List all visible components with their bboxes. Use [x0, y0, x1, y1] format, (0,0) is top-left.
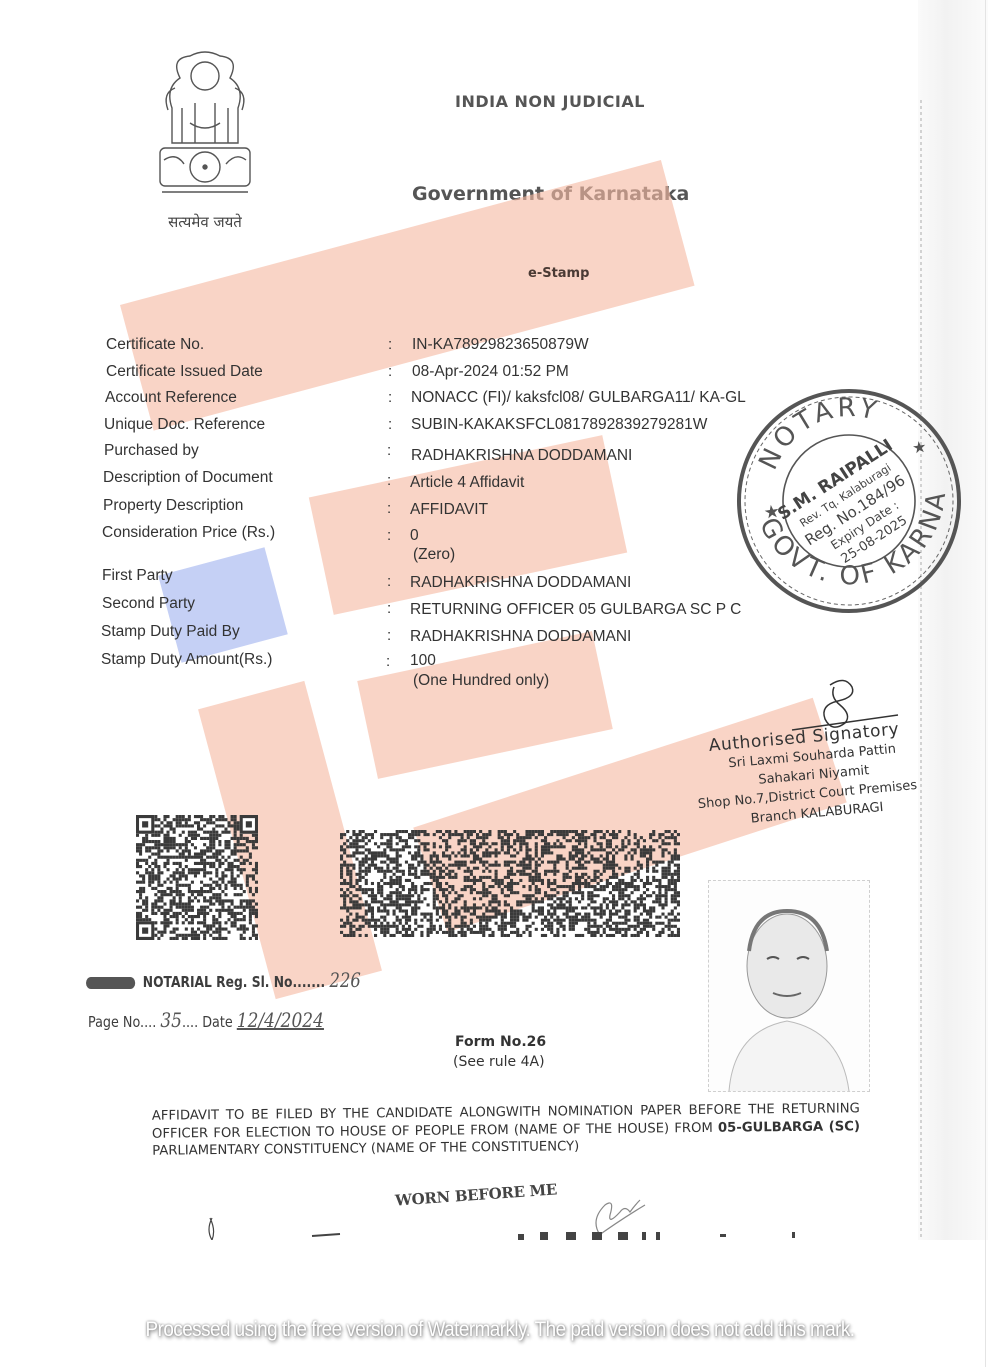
separator: :: [387, 627, 391, 644]
field-label: Stamp Duty Paid By: [101, 623, 240, 641]
notarial-reg-number: 226: [330, 968, 361, 992]
document-title: INDIA NON JUDICIAL: [455, 92, 645, 111]
date-value: 12/4/2024: [237, 1008, 324, 1032]
stamp-duty-amount-words: (One Hundred only): [413, 672, 549, 690]
person-photo-icon: [709, 881, 869, 1091]
separator: :: [387, 500, 391, 517]
watermarkly-footer: Processed using the free version of Wate…: [50, 1318, 950, 1342]
separator: :: [387, 600, 391, 617]
page-no-label: Page No: [88, 1013, 140, 1031]
consideration-price-words: (Zero): [413, 546, 455, 564]
microprint-border: [920, 100, 922, 1240]
redacted-block: [86, 977, 135, 989]
separator: :: [386, 653, 390, 670]
svg-text:★: ★: [911, 439, 928, 458]
page-no-value: 35: [160, 1008, 182, 1032]
document-description: Article 4 Affidavit: [410, 474, 524, 492]
notary-seal-icon: NOTARY GOVT. OF KARNATAKA ★ ★ S.M. RAIPA…: [733, 385, 965, 617]
separator: :: [388, 416, 392, 433]
emblem-motto: सत्यमेव जयते: [150, 212, 260, 232]
separator: :: [387, 442, 391, 459]
form-title: Form No.26: [455, 1034, 546, 1050]
first-party: RADHAKRISHNA DODDAMANI: [410, 574, 631, 592]
field-label: Unique Doc. Reference: [104, 416, 265, 434]
property-description: AFFIDAVIT: [410, 501, 488, 519]
field-label: Stamp Duty Amount(Rs.): [101, 651, 272, 669]
consideration-price: 0: [410, 527, 419, 545]
purchased-by: RADHAKRISHNA DODDAMANI: [411, 447, 632, 465]
cut-off-text-fragment: [200, 1210, 840, 1240]
qr-code-icon: [136, 815, 258, 940]
barcode-icon: [340, 830, 680, 937]
field-label: Purchased by: [104, 442, 199, 460]
separator: :: [388, 363, 392, 380]
state-emblem-icon: [150, 48, 260, 208]
stamp-duty-paid-by: RADHAKRISHNA DODDAMANI: [410, 628, 631, 646]
affidavit-heading: AFFIDAVIT TO BE FILED BY THE CANDIDATE A…: [152, 1100, 861, 1160]
account-reference: NONACC (FI)/ kaksfcl08/ GULBARGA11/ KA-G…: [411, 389, 746, 407]
field-label: Certificate No.: [106, 336, 204, 354]
affidavit-text: PARLIAMENTARY CONSTITUENCY (NAME OF THE …: [152, 1139, 579, 1158]
separator: :: [387, 573, 391, 590]
separator: :: [387, 527, 391, 544]
e-stamp-label: e-Stamp: [528, 266, 589, 281]
notarial-register-stamp: NOTARIAL Reg. Sl. No....... 226: [86, 968, 361, 992]
notarial-page-date: Page No.... 35.... Date 12/4/2024: [88, 1008, 324, 1032]
authorised-signatory-block: Authorised Signatory Sri Laxmi Souharda …: [708, 718, 920, 831]
separator: :: [387, 472, 391, 489]
field-label: Certificate Issued Date: [106, 363, 263, 381]
field-label: Property Description: [103, 497, 243, 515]
field-label: Consideration Price (Rs.): [102, 524, 275, 542]
field-label: Description of Document: [103, 469, 273, 487]
issued-date: 08-Apr-2024 01:52 PM: [412, 363, 569, 381]
form-subtitle: (See rule 4A): [453, 1054, 545, 1070]
watermark-shape: [357, 631, 613, 779]
sworn-before-stamp: WORN BEFORE ME: [395, 1180, 558, 1209]
date-label: Date: [202, 1013, 232, 1031]
stamp-duty-amount: 100: [410, 652, 436, 670]
separator: :: [388, 336, 392, 353]
certificate-number: IN-KA78929823650879W: [412, 336, 589, 354]
document-edge-strip: [918, 0, 988, 1240]
field-label: First Party: [102, 567, 173, 585]
page-edge: [985, 0, 986, 1367]
candidate-photo: [708, 880, 870, 1092]
separator: :: [388, 389, 392, 406]
second-party: RETURNING OFFICER 05 GULBARGA SC P C: [410, 601, 741, 619]
field-label: Second Party: [102, 595, 195, 613]
field-label: Account Reference: [105, 389, 237, 407]
e-stamp-document: सत्यमेव जयते INDIA NON JUDICIAL Governme…: [0, 0, 1000, 1367]
unique-doc-reference: SUBIN-KAKAKSFCL0817892839279281W: [411, 416, 707, 434]
constituency-name: 05-GULBARGA (SC): [718, 1119, 860, 1135]
notarial-reg-label: NOTARIAL Reg. Sl. No: [143, 973, 293, 991]
